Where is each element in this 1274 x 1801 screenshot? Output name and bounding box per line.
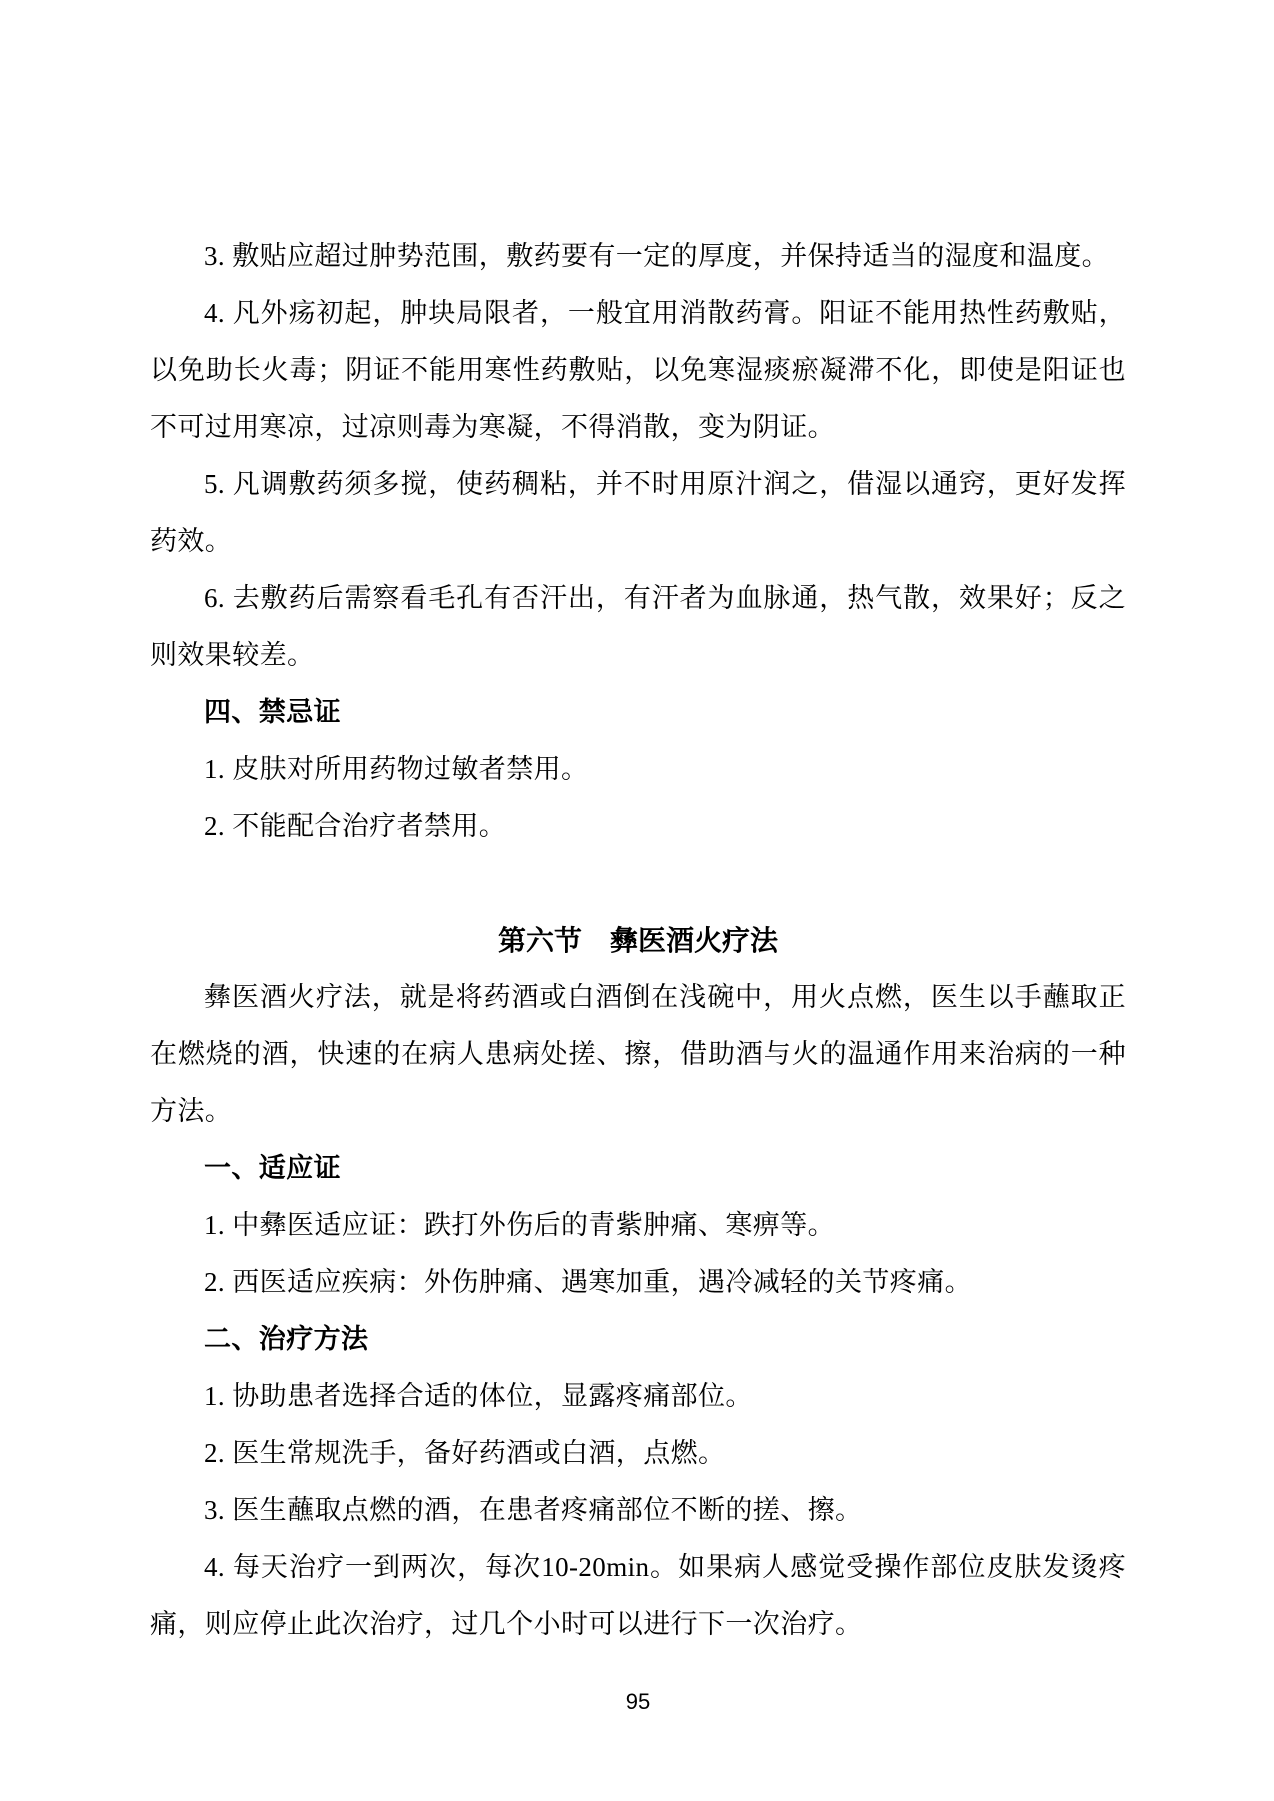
body-paragraph: 3. 医生蘸取点燃的酒，在患者疼痛部位不断的搓、擦。: [150, 1482, 1126, 1539]
body-paragraph: 4. 每天治疗一到两次，每次10-20min。如果病人感觉受操作部位皮肤发烫疼痛…: [150, 1539, 1126, 1653]
subsection-heading: 四、禁忌证: [150, 684, 1126, 741]
section-title: 第六节 彝医酒火疗法: [150, 912, 1126, 969]
subsection-heading: 二、治疗方法: [150, 1311, 1126, 1368]
body-paragraph: 1. 皮肤对所用药物过敏者禁用。: [150, 741, 1126, 798]
body-paragraph: 1. 协助患者选择合适的体位，显露疼痛部位。: [150, 1368, 1126, 1425]
body-paragraph: 2. 医生常规洗手，备好药酒或白酒，点燃。: [150, 1425, 1126, 1482]
page-footer: 95: [150, 1689, 1126, 1715]
page-number: 95: [626, 1689, 650, 1714]
document-content: 3. 敷贴应超过肿势范围，敷药要有一定的厚度，并保持适当的湿度和温度。4. 凡外…: [150, 228, 1126, 1653]
document-page: 3. 敷贴应超过肿势范围，敷药要有一定的厚度，并保持适当的湿度和温度。4. 凡外…: [0, 0, 1274, 1801]
body-paragraph: 6. 去敷药后需察看毛孔有否汗出，有汗者为血脉通，热气散，效果好；反之则效果较差…: [150, 570, 1126, 684]
body-paragraph: 3. 敷贴应超过肿势范围，敷药要有一定的厚度，并保持适当的湿度和温度。: [150, 228, 1126, 285]
body-paragraph: 1. 中彝医适应证：跌打外伤后的青紫肿痛、寒痹等。: [150, 1197, 1126, 1254]
body-paragraph: 4. 凡外疡初起，肿块局限者，一般宜用消散药膏。阳证不能用热性药敷贴，以免助长火…: [150, 285, 1126, 456]
body-paragraph: 彝医酒火疗法，就是将药酒或白酒倒在浅碗中，用火点燃，医生以手蘸取正在燃烧的酒，快…: [150, 969, 1126, 1140]
body-paragraph: 2. 西医适应疾病：外伤肿痛、遇寒加重，遇冷减轻的关节疼痛。: [150, 1254, 1126, 1311]
body-paragraph: 2. 不能配合治疗者禁用。: [150, 798, 1126, 855]
subsection-heading: 一、适应证: [150, 1140, 1126, 1197]
body-paragraph: 5. 凡调敷药须多搅，使药稠粘，并不时用原汁润之，借湿以通窍，更好发挥药效。: [150, 456, 1126, 570]
